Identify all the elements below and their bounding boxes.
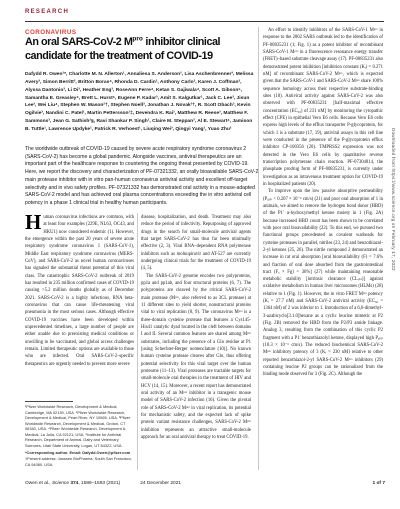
- body-paragraph: disease, hospitalization, and death. Tre…: [141, 214, 251, 273]
- body-column-3: An effort to identify inhibitors of the …: [263, 27, 383, 470]
- corresponding-author-footnote: *Corresponding author. Email: Dafydd.Owe…: [25, 450, 134, 456]
- download-watermark: Downloaded from https://www.science.org …: [391, 128, 396, 438]
- masthead-rule: [25, 21, 384, 22]
- footnotes-block: ¹Pfizer Worldwide Research, Development …: [25, 404, 134, 466]
- title-text-pre: An oral SARS-CoV-2 M: [25, 36, 132, 48]
- citation-journal: Science: [52, 481, 69, 486]
- author-list: Dafydd R. Owen¹*, Charlotte M. N. Allert…: [25, 71, 256, 134]
- citation-authors: Owen et al.,: [25, 481, 52, 486]
- page-number: 1 of 7: [372, 481, 385, 486]
- citation-volume: 374: [69, 481, 78, 486]
- column-divider-rule: [137, 213, 138, 470]
- body-paragraph: Human coronavirus infections are common,…: [25, 214, 134, 368]
- present-address-footnote: †Present address: Janssen BioPharma, Sou…: [25, 456, 134, 466]
- body-paragraph: To improve upon the low passive absorpti…: [263, 188, 383, 379]
- research-section-label: RESEARCH: [25, 9, 69, 15]
- page-footer: Owen et al., Science 374, 1586–1593 (202…: [25, 481, 385, 486]
- abstract-text: The worldwide outbreak of COVID-19 cause…: [25, 146, 261, 208]
- citation: Owen et al., Science 374, 1586–1593 (202…: [25, 481, 120, 486]
- affiliations-footnote: ¹Pfizer Worldwide Research, Development …: [25, 404, 134, 448]
- body-column-1: Human coronavirus infections are common,…: [25, 214, 134, 402]
- article-kicker: CORONAVIRUS: [25, 29, 76, 36]
- body-paragraph: An effort to identify inhibitors of the …: [263, 27, 383, 188]
- title-superscript: pro: [132, 35, 142, 42]
- body-paragraph: The SARS-CoV-2 genome encodes two polypr…: [141, 273, 251, 442]
- dropcap-letter: H: [25, 215, 41, 231]
- paragraph-text: uman coronavirus infections are common, …: [25, 215, 134, 367]
- body-column-2: disease, hospitalization, and death. Tre…: [141, 214, 251, 470]
- citation-pages: , 1586–1593 (2021): [78, 481, 120, 486]
- footer-date: 24 December 2021: [140, 481, 181, 486]
- column-divider-rule: [258, 27, 259, 470]
- article-title: An oral SARS-CoV-2 Mpro inhibitor clinic…: [25, 36, 259, 64]
- footnote-divider-rule: [25, 401, 73, 402]
- journal-article-page: RESEARCH CORONAVIRUS An oral SARS-CoV-2 …: [0, 0, 400, 509]
